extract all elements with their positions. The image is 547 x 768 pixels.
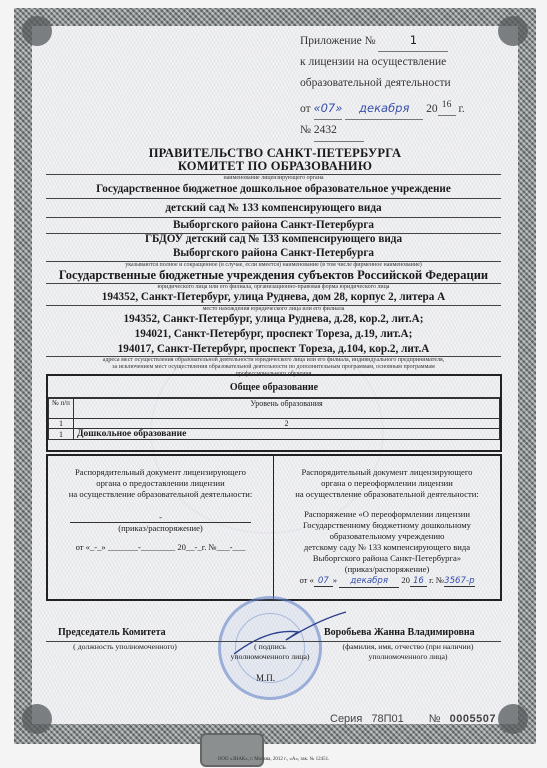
org-full-name-3: Выборгского района Санкт-Петербурга [46,219,501,231]
org-short-name-2: Выборгского района Санкт-Петербурга [46,247,501,259]
reissue-text-5: Выборгского района Санкт-Петербурга» [274,553,500,564]
series-label: Серия [330,713,362,725]
activity-caption-1: адреса мест осуществления образовательно… [46,357,501,363]
year-unit: г. [458,103,464,115]
org-short-name-1: ГБДОУ детский сад № 133 компенсирующего … [46,233,501,245]
seal-label: М.П. [256,673,275,683]
reissue-document-panel: Распорядительный документ лицензирующего… [274,456,500,599]
name-caption-1: (фамилия, имя, отчество (при наличии) [318,642,498,651]
reissue-year: 16 [410,576,427,587]
reissue-date-line: от «07» декабря 2016 г. №3567-р [274,575,500,588]
printer-note: ООО «ЗНАК», г. Москва, 2012 г., «А», зак… [0,757,547,762]
appendix-label: Приложение № [300,35,376,47]
license-number-label: № [300,124,311,136]
index-cell-2: 2 [74,419,500,429]
date-prefix: от [300,103,311,115]
legal-form-caption: юридического лица или его филиала, орган… [46,284,501,290]
corner-ornament-icon [22,16,52,46]
grant-value: - [70,512,251,523]
org-full-name-2: детский сад № 133 компенсирующего вида [46,202,501,214]
org-full-name-1: Государственное бюджетное дошкольное обр… [46,183,501,195]
reissue-text-2: Государственному бюджетному дошкольному [274,520,500,531]
authority-caption: наименование лицензирующего органа [46,175,501,181]
reissue-text-3: образовательному учреждению [274,531,500,542]
table-row: 1 Дошкольное образование [49,429,500,440]
divider [46,198,501,199]
row-level: Дошкольное образование [74,429,500,440]
reissue-date-mid: » [333,575,337,585]
form-series: Серия 78П01 № 0005507 [330,713,496,725]
grant-type-caption: (приказ/распоряжение) [48,523,273,534]
form-number-label: № [429,713,441,725]
signer-position: Председатель Комитета [58,627,166,638]
date-day: «07» [314,98,343,120]
year-suffix: 16 [438,94,456,116]
documents-grid: Распорядительный документ лицензирующего… [46,454,502,601]
reissue-number-label: г. № [429,575,444,585]
signature-caption-1: ( подпись [215,642,325,651]
authority-line-2: КОМИТЕТ ПО ОБРАЗОВАНИЮ [60,159,490,174]
reissue-year-prefix: 20 [401,575,410,585]
signer-name: Воробьева Жанна Владимировна [324,627,475,638]
corner-ornament-icon [498,704,528,734]
reissue-title-3: на осуществление образовательной деятель… [274,489,500,500]
corner-ornament-icon [22,704,52,734]
reissue-text-1: Распоряжение «О переоформлении лицензии [274,509,500,520]
reissue-title-1: Распорядительный документ лицензирующего [274,467,500,478]
col-num-header: № п/п [49,399,74,419]
form-number: 0005507 [450,713,496,725]
appendix-line-3: образовательной деятельности [300,73,500,94]
appendix-number: 1 [378,30,448,52]
activity-address-3: 194017, Санкт-Петербург, проспект Тореза… [46,343,501,355]
legal-address: 194352, Санкт-Петербург, улица Руднева, … [46,291,501,303]
position-caption: ( должность уполномоченного) [60,642,190,651]
row-number: 1 [49,429,74,440]
reissue-text-4: детскому саду № 133 компенсирующего вида [274,542,500,553]
activity-address-1: 194352, Санкт-Петербург, улица Руднева, … [46,313,501,325]
divider [46,217,501,218]
education-table-title: Общее образование [48,376,500,398]
legal-address-caption: место нахождения юридического лица или е… [46,306,501,312]
date-month: декабря [345,98,423,120]
grant-title-2: органа о предоставлении лицензии [48,478,273,489]
org-legal-form: Государственные бюджетные учреждения суб… [46,268,501,283]
grant-document-panel: Распорядительный документ лицензирующего… [48,456,274,599]
reissue-day: 07 [314,576,333,587]
grant-title-1: Распорядительный документ лицензирующего [48,467,273,478]
license-number: 2432 [314,120,364,142]
corner-ornament-icon [498,16,528,46]
series-value: 78П01 [371,713,403,725]
year-prefix: 20 [426,103,438,115]
activity-address-2: 194021, Санкт-Петербург, проспект Тореза… [46,328,501,340]
activity-caption-2: за исключением мест осуществления образо… [46,364,501,370]
appendix-header: Приложение № 1 к лицензии на осуществлен… [300,30,500,142]
index-cell-1: 1 [49,419,74,429]
appendix-line-2: к лицензии на осуществление [300,52,500,73]
grant-title-3: на осуществление образовательной деятель… [48,489,273,500]
signature-caption-2: уполномоченного лица) [215,652,325,661]
reissue-title-2: органа о переоформлении лицензии [274,478,500,489]
grant-date-line: от «_-_» _______-________ 20__-_г. №___-… [48,542,273,553]
reissue-date-prefix: от « [299,575,313,585]
name-caption-2: уполномоченного лица) [318,652,498,661]
col-level-header: Уровень образования [74,399,500,419]
reissue-month: декабря [339,576,399,588]
education-table: Общее образование № п/п Уровень образова… [46,374,502,452]
reissue-type-caption: (приказ/распоряжение) [274,564,500,575]
reissue-number: 3567-р [444,576,474,587]
